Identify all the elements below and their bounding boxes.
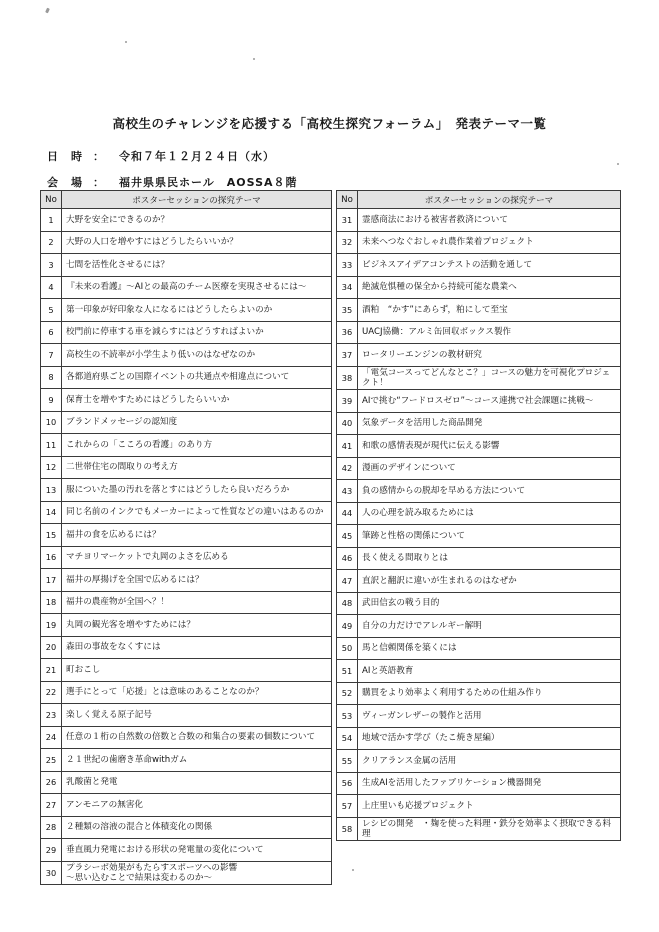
row-theme: 同じ名前のインクでもメーカーによって性質などの違いはあるのか (62, 501, 332, 524)
theme-table-left: No ポスターセッションの探究テーマ 1大野を安全にできるのか？2大野の人口を増… (40, 190, 332, 885)
table-row: 40気象データを活用した商品開発 (337, 412, 621, 435)
table-row: 49自分の力だけでアレルギー解明 (337, 615, 621, 638)
venue-colon: ： (93, 174, 105, 190)
row-theme: 校門前に停車する車を減らすにはどうすればよいか (62, 321, 332, 344)
row-number: 30 (41, 861, 62, 885)
left-tbody: 1大野を安全にできるのか？2大野の人口を増やすにはどうしたらいいか？3七間を活性… (41, 209, 332, 885)
row-number: 19 (41, 614, 62, 637)
table-row: 3七間を活性化させるには？ (41, 254, 332, 277)
row-theme: 垂直風力発電における形状の発電量の変化について (62, 839, 332, 862)
table-row: 12二世帯住宅の間取りの考え方 (41, 456, 332, 479)
row-theme: 任意の１桁の自然数の倍数と合数の和集合の要素の個数について (62, 726, 332, 749)
row-number: 50 (337, 637, 358, 660)
row-number: 35 (337, 299, 358, 322)
row-theme: 気象データを活用した商品開発 (358, 412, 621, 435)
row-theme: 「電気コースってどんなとこ？」コースの魅力を可視化プロジェクト！ (358, 366, 621, 390)
column-header-theme: ポスターセッションの探究テーマ (358, 191, 621, 209)
row-number: 23 (41, 704, 62, 727)
row-theme: 第一印象が好印象な人になるにはどうしたらよいのか (62, 299, 332, 322)
row-number: 21 (41, 659, 62, 682)
row-theme: 福井の農産物が全国へ？！ (62, 591, 332, 614)
table-row: 41和歌の感情表現が現代に伝える影響 (337, 435, 621, 458)
row-number: 43 (337, 480, 358, 503)
row-theme: 福井の厚揚げを全国で広めるには？ (62, 569, 332, 592)
table-row: 36UACJ協働：アルミ缶回収ボックス製作 (337, 321, 621, 344)
table-row: 1大野を安全にできるのか？ (41, 209, 332, 232)
table-row: 10ブランドメッセージの認知度 (41, 411, 332, 434)
row-number: 7 (41, 344, 62, 367)
table-row: 34絶滅危惧種の保全から持続可能な農業へ (337, 276, 621, 299)
scan-speck (617, 163, 619, 165)
row-number: 55 (337, 750, 358, 773)
table-row: 20森田の事故をなくすには (41, 636, 332, 659)
table-row: 24任意の１桁の自然数の倍数と合数の和集合の要素の個数について (41, 726, 332, 749)
row-theme: ヴィーガンレザーの製作と活用 (358, 705, 621, 728)
table-row: 55クリアランス金属の活用 (337, 750, 621, 773)
table-row: 42漫画のデザインについて (337, 457, 621, 480)
table-row: 6校門前に停車する車を減らすにはどうすればよいか (41, 321, 332, 344)
row-theme: 購買をより効率よく利用するための仕組み作り (358, 682, 621, 705)
scan-speck (125, 41, 127, 43)
row-number: 39 (337, 390, 358, 413)
row-theme: 筆跡と性格の関係について (358, 525, 621, 548)
row-number: 27 (41, 794, 62, 817)
column-header-no: No (41, 191, 62, 209)
row-number: 5 (41, 299, 62, 322)
table-row: 15福井の食を広めるには？ (41, 524, 332, 547)
table-row: 52購買をより効率よく利用するための仕組み作り (337, 682, 621, 705)
row-number: 37 (337, 344, 358, 367)
row-number: 32 (337, 231, 358, 254)
row-number: 38 (337, 366, 358, 390)
row-theme: 各都道府県ごとの国際イベントの共通点や相違点について (62, 366, 332, 389)
row-theme: 絶滅危惧種の保全から持続可能な農業へ (358, 276, 621, 299)
row-theme: マチヨリマーケットで丸岡のよさを広める (62, 546, 332, 569)
table-row: 46長く使える間取りとは (337, 547, 621, 570)
row-number: 54 (337, 727, 358, 750)
row-number: 40 (337, 412, 358, 435)
table-row: 35酒粕 “かす”にあらず，粕にして至宝 (337, 299, 621, 322)
row-number: 53 (337, 705, 358, 728)
table-row: 45筆跡と性格の関係について (337, 525, 621, 548)
table-row: 4『未来の看護』～AIとの最高のチーム医療を実現させるには～ (41, 276, 332, 299)
table-row: 53ヴィーガンレザーの製作と活用 (337, 705, 621, 728)
row-number: 44 (337, 502, 358, 525)
table-row: 43負の感情からの脱却を早める方法について (337, 480, 621, 503)
row-number: 24 (41, 726, 62, 749)
row-number: 48 (337, 592, 358, 615)
table-row: 57上庄里いも応援プロジェクト (337, 795, 621, 818)
table-row: 47直訳と翻訳に違いが生まれるのはなぜか (337, 570, 621, 593)
table-row: 7高校生の不読率が小学生より低いのはなぜなのか (41, 344, 332, 367)
row-number: 3 (41, 254, 62, 277)
venue-label: 会 場 (47, 174, 83, 190)
right-tbody: 31霊感商法における被害者救済について32未来へつなぐおしゃれ農作業着プロジェク… (337, 209, 621, 841)
row-number: 57 (337, 795, 358, 818)
table-row: 23楽しく覚える原子記号 (41, 704, 332, 727)
row-number: 33 (337, 254, 358, 277)
row-theme: 馬と信頼関係を築くには (358, 637, 621, 660)
table-row: 9保育士を増やすためにはどうしたらいいか (41, 389, 332, 412)
table-row: 14同じ名前のインクでもメーカーによって性質などの違いはあるのか (41, 501, 332, 524)
row-theme: 上庄里いも応援プロジェクト (358, 795, 621, 818)
row-theme: 漫画のデザインについて (358, 457, 621, 480)
date-value: 令和７年１２月２４日（水） (119, 148, 275, 164)
column-header-theme: ポスターセッションの探究テーマ (62, 191, 332, 209)
date-colon: ： (93, 148, 105, 164)
table-row: 58レシピの開発 ・麹を使った料理・鉄分を効率よく摂取できる料理 (337, 817, 621, 841)
table-row: 28２種類の溶液の混合と体積変化の関係 (41, 816, 332, 839)
table-row: 31霊感商法における被害者救済について (337, 209, 621, 232)
table-row: 27アンモニアの無害化 (41, 794, 332, 817)
row-theme: UACJ協働：アルミ缶回収ボックス製作 (358, 321, 621, 344)
scan-speck (45, 8, 50, 14)
table-row: 8各都道府県ごとの国際イベントの共通点や相違点について (41, 366, 332, 389)
venue-value: 福井県県民ホール AOSSA８階 (119, 174, 298, 190)
row-number: 15 (41, 524, 62, 547)
row-theme: 人の心理を読み取るためには (358, 502, 621, 525)
row-theme: 地域で活かす学び（たこ焼き屋編） (358, 727, 621, 750)
row-number: 2 (41, 231, 62, 254)
row-theme: 七間を活性化させるには？ (62, 254, 332, 277)
row-number: 52 (337, 682, 358, 705)
row-number: 28 (41, 816, 62, 839)
table-row: 48武田信玄の戦う目的 (337, 592, 621, 615)
row-theme: アンモニアの無害化 (62, 794, 332, 817)
table-row: 51AIと英語教育 (337, 660, 621, 683)
table-row: 39AIで挑む“フードロスゼロ”～コース連携で社会課題に挑戦～ (337, 390, 621, 413)
table-row: 54地域で活かす学び（たこ焼き屋編） (337, 727, 621, 750)
row-theme: 武田信玄の戦う目的 (358, 592, 621, 615)
table-row: 18福井の農産物が全国へ？！ (41, 591, 332, 614)
row-number: 56 (337, 772, 358, 795)
row-number: 11 (41, 434, 62, 457)
row-theme: 霊感商法における被害者救済について (358, 209, 621, 232)
row-number: 20 (41, 636, 62, 659)
row-number: 17 (41, 569, 62, 592)
table-row: 38「電気コースってどんなとこ？」コースの魅力を可視化プロジェクト！ (337, 366, 621, 390)
row-theme: 『未来の看護』～AIとの最高のチーム医療を実現させるには～ (62, 276, 332, 299)
row-number: 45 (337, 525, 358, 548)
row-number: 34 (337, 276, 358, 299)
theme-tables: No ポスターセッションの探究テーマ 1大野を安全にできるのか？2大野の人口を増… (40, 190, 621, 885)
row-theme: レシピの開発 ・麹を使った料理・鉄分を効率よく摂取できる料理 (358, 817, 621, 841)
table-header-row: No ポスターセッションの探究テーマ (41, 191, 332, 209)
page-title: 高校生のチャレンジを応援する「高校生探究フォーラム」 発表テーマ一覧 (0, 114, 659, 132)
table-row: 26乳酸菌と発電 (41, 771, 332, 794)
table-row: 11これからの「こころの看護」のあり方 (41, 434, 332, 457)
row-number: 36 (337, 321, 358, 344)
scan-speck (352, 869, 354, 871)
table-row: 17福井の厚揚げを全国で広めるには？ (41, 569, 332, 592)
table-row: 33ビジネスアイデアコンテストの活動を通して (337, 254, 621, 277)
table-row: 13服についた墨の汚れを落とすにはどうしたら良いだろうか (41, 479, 332, 502)
row-theme: AIと英語教育 (358, 660, 621, 683)
row-theme: 服についた墨の汚れを落とすにはどうしたら良いだろうか (62, 479, 332, 502)
table-header-row: No ポスターセッションの探究テーマ (337, 191, 621, 209)
table-row: 16マチヨリマーケットで丸岡のよさを広める (41, 546, 332, 569)
row-theme: ２１世紀の歯磨き革命withガム (62, 749, 332, 772)
row-theme: 酒粕 “かす”にあらず，粕にして至宝 (358, 299, 621, 322)
row-theme: ブランドメッセージの認知度 (62, 411, 332, 434)
table-row: 25２１世紀の歯磨き革命withガム (41, 749, 332, 772)
date-line: 日 時 ： 令和７年１２月２４日（水） (47, 148, 275, 164)
row-number: 10 (41, 411, 62, 434)
table-row: 2大野の人口を増やすにはどうしたらいいか？ (41, 231, 332, 254)
row-number: 18 (41, 591, 62, 614)
document-page: 高校生のチャレンジを応援する「高校生探究フォーラム」 発表テーマ一覧 日 時 ：… (0, 0, 659, 932)
row-number: 9 (41, 389, 62, 412)
row-number: 49 (337, 615, 358, 638)
row-number: 41 (337, 435, 358, 458)
table-row: 30プラシーボ効果がもたらすスポーツへの影響 ～思い込むことで結果は変わるのか～ (41, 861, 332, 885)
row-number: 16 (41, 546, 62, 569)
scan-speck (253, 58, 255, 60)
table-row: 56生成AIを活用したファブリケーション機器開発 (337, 772, 621, 795)
row-theme: 町おこし (62, 659, 332, 682)
row-number: 1 (41, 209, 62, 232)
row-number: 22 (41, 681, 62, 704)
row-theme: 生成AIを活用したファブリケーション機器開発 (358, 772, 621, 795)
row-theme: ２種類の溶液の混合と体積変化の関係 (62, 816, 332, 839)
row-number: 26 (41, 771, 62, 794)
table-row: 5第一印象が好印象な人になるにはどうしたらよいのか (41, 299, 332, 322)
row-theme: 大野を安全にできるのか？ (62, 209, 332, 232)
table-row: 44人の心理を読み取るためには (337, 502, 621, 525)
row-theme: 直訳と翻訳に違いが生まれるのはなぜか (358, 570, 621, 593)
row-number: 58 (337, 817, 358, 841)
row-theme: ビジネスアイデアコンテストの活動を通して (358, 254, 621, 277)
row-number: 42 (337, 457, 358, 480)
row-theme: 選手にとって「応援」とは意味のあることなのか？ (62, 681, 332, 704)
row-theme: 高校生の不読率が小学生より低いのはなぜなのか (62, 344, 332, 367)
row-theme: ロータリーエンジンの教材研究 (358, 344, 621, 367)
row-theme: プラシーボ効果がもたらすスポーツへの影響 ～思い込むことで結果は変わるのか～ (62, 861, 332, 885)
row-number: 13 (41, 479, 62, 502)
row-number: 31 (337, 209, 358, 232)
row-theme: 大野の人口を増やすにはどうしたらいいか？ (62, 231, 332, 254)
row-theme: 二世帯住宅の間取りの考え方 (62, 456, 332, 479)
row-theme: 未来へつなぐおしゃれ農作業着プロジェクト (358, 231, 621, 254)
table-row: 50馬と信頼関係を築くには (337, 637, 621, 660)
row-theme: 長く使える間取りとは (358, 547, 621, 570)
row-number: 46 (337, 547, 358, 570)
row-theme: 乳酸菌と発電 (62, 771, 332, 794)
row-number: 6 (41, 321, 62, 344)
row-number: 8 (41, 366, 62, 389)
table-row: 19丸岡の観光客を増やすためには？ (41, 614, 332, 637)
row-theme: 自分の力だけでアレルギー解明 (358, 615, 621, 638)
table-row: 29垂直風力発電における形状の発電量の変化について (41, 839, 332, 862)
table-row: 21町おこし (41, 659, 332, 682)
row-theme: これからの「こころの看護」のあり方 (62, 434, 332, 457)
row-number: 51 (337, 660, 358, 683)
date-label: 日 時 (47, 148, 83, 164)
row-number: 47 (337, 570, 358, 593)
row-number: 29 (41, 839, 62, 862)
row-number: 14 (41, 501, 62, 524)
row-theme: 和歌の感情表現が現代に伝える影響 (358, 435, 621, 458)
row-theme: 福井の食を広めるには？ (62, 524, 332, 547)
column-header-no: No (337, 191, 358, 209)
row-theme: 負の感情からの脱却を早める方法について (358, 480, 621, 503)
row-number: 4 (41, 276, 62, 299)
table-row: 22選手にとって「応援」とは意味のあることなのか？ (41, 681, 332, 704)
row-theme: AIで挑む“フードロスゼロ”～コース連携で社会課題に挑戦～ (358, 390, 621, 413)
theme-table-right: No ポスターセッションの探究テーマ 31霊感商法における被害者救済について32… (336, 190, 621, 841)
row-theme: クリアランス金属の活用 (358, 750, 621, 773)
row-theme: 丸岡の観光客を増やすためには？ (62, 614, 332, 637)
table-row: 37ロータリーエンジンの教材研究 (337, 344, 621, 367)
row-theme: 森田の事故をなくすには (62, 636, 332, 659)
row-theme: 保育士を増やすためにはどうしたらいいか (62, 389, 332, 412)
venue-line: 会 場 ： 福井県県民ホール AOSSA８階 (47, 174, 298, 190)
row-number: 25 (41, 749, 62, 772)
row-number: 12 (41, 456, 62, 479)
row-theme: 楽しく覚える原子記号 (62, 704, 332, 727)
table-row: 32未来へつなぐおしゃれ農作業着プロジェクト (337, 231, 621, 254)
